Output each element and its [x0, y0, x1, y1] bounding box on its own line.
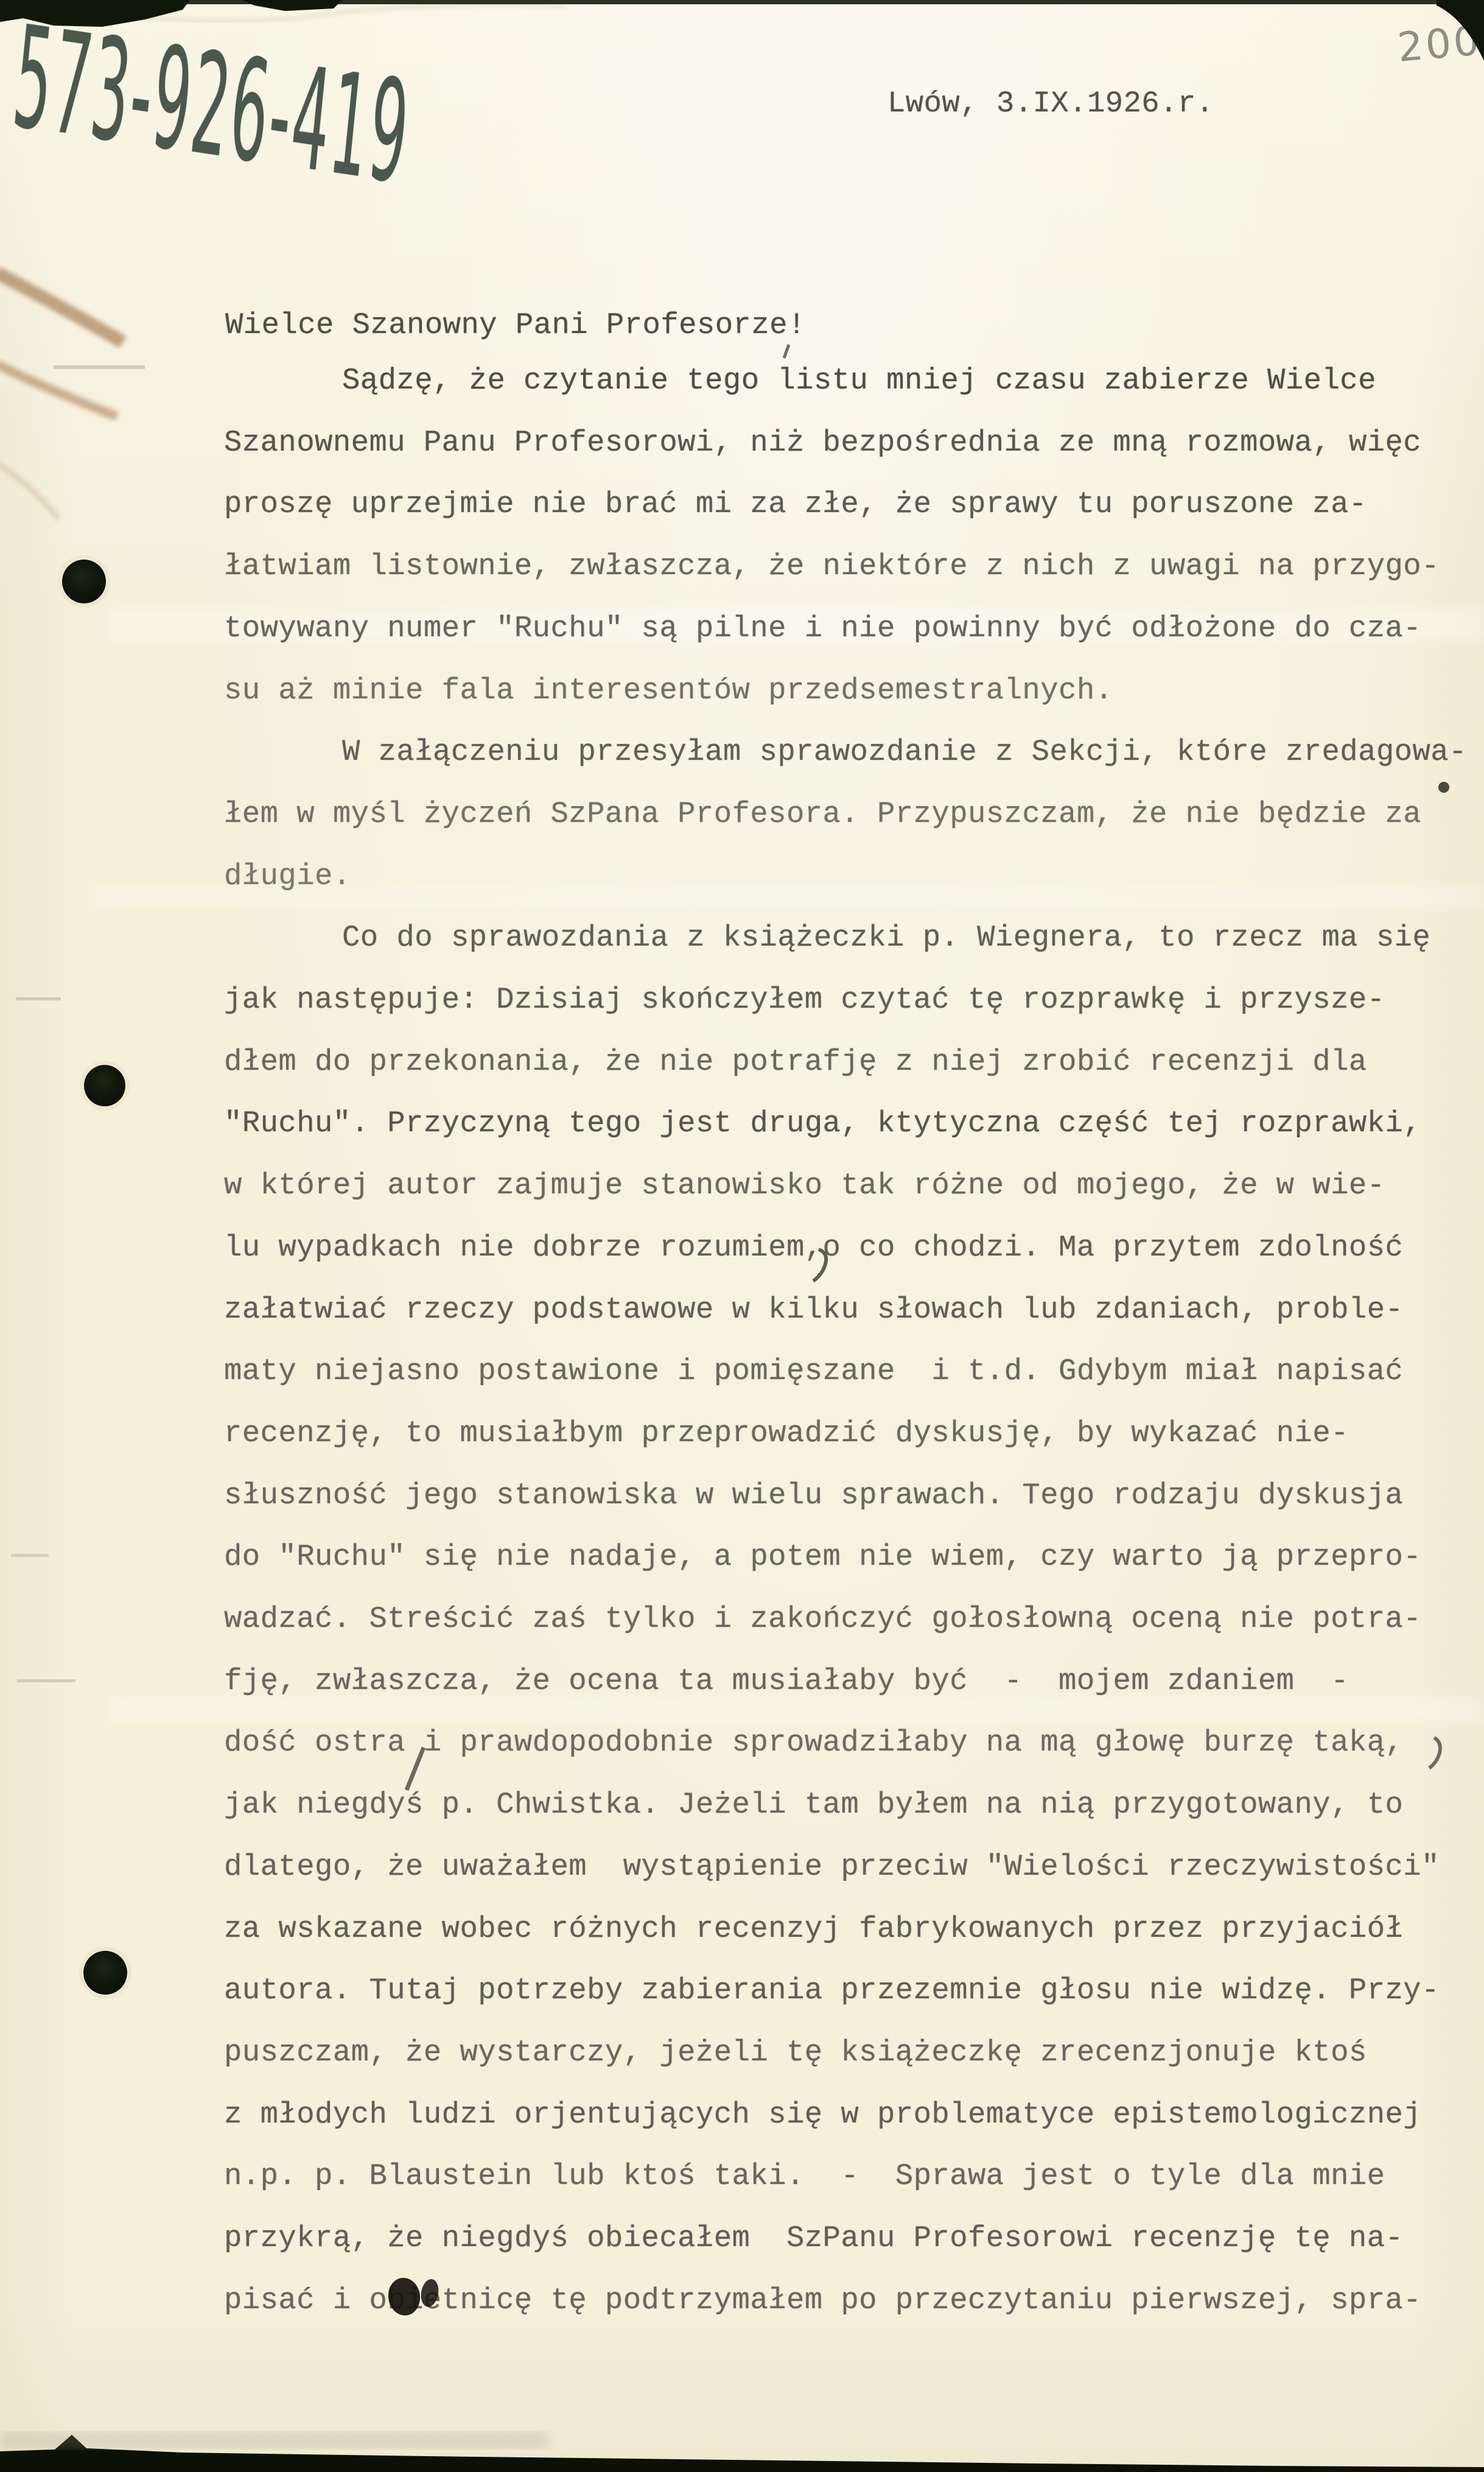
handwritten-corrections: [386, 345, 1449, 2317]
scan-edges: [0, 0, 1484, 2472]
handwritten-comma-correction: [1429, 1738, 1440, 1768]
ink-blot: [419, 2278, 441, 2308]
scan-edge-top: [0, 0, 1484, 4]
hole-punch: [83, 1951, 127, 1995]
scan-edge-torn-fragment: [242, 0, 342, 11]
ink-blot: [386, 2276, 422, 2318]
stray-accent-mark: [784, 345, 789, 358]
hole-punch: [84, 1065, 125, 1106]
handwritten-comma-correction: [813, 1249, 826, 1281]
bottom-fold-shadow: [0, 2432, 548, 2448]
handwritten-accent-slash: [407, 1747, 424, 1790]
scanned-letter-page: 573-926-419 200 Lwów, 3.IX.1926.r. Wielc…: [0, 0, 1484, 2472]
scan-edge-torn-corner-left: [0, 0, 190, 27]
hole-punches: [60, 557, 130, 1997]
hole-punch: [62, 560, 106, 603]
ink-marks-overlay: [0, 0, 1484, 2472]
ink-dot: [1438, 782, 1449, 793]
scan-edge-corner-right: [1437, 0, 1484, 61]
